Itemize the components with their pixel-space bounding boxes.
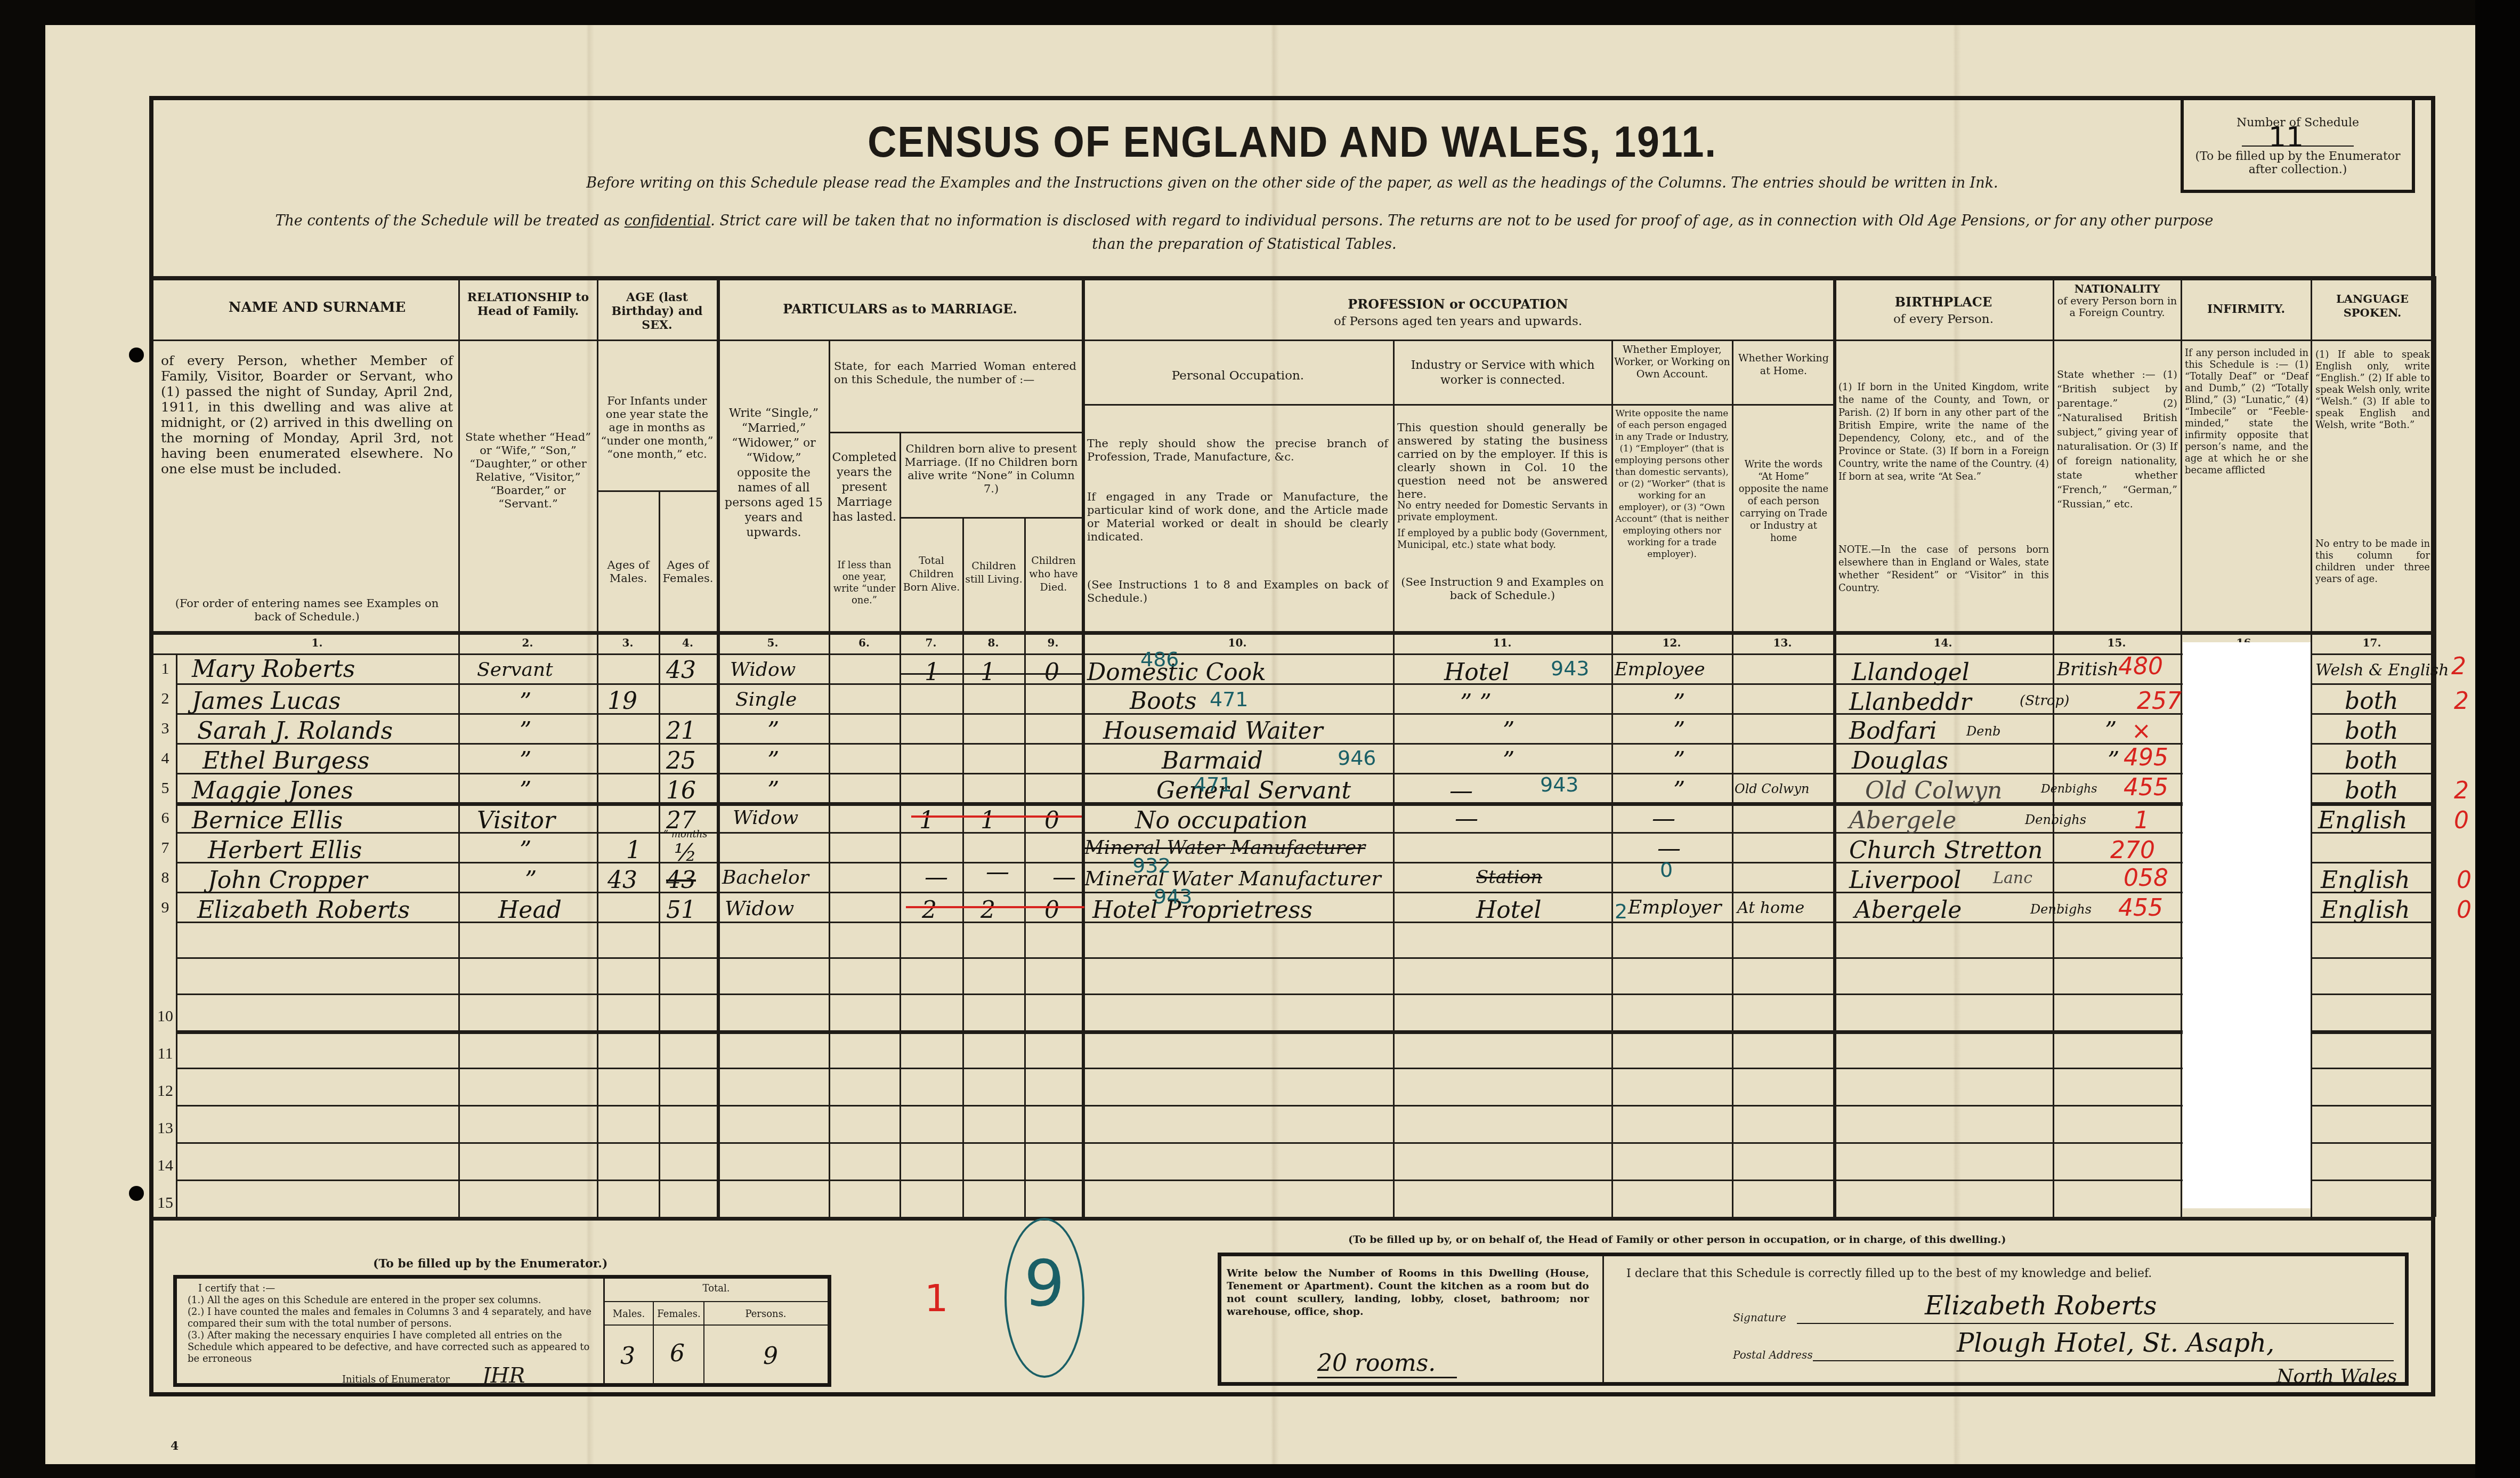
note-industry: (See Instruction 9 and Examples on back … xyxy=(1397,576,1608,602)
rooms-instruction: Write below the Number of Rooms in this … xyxy=(1227,1267,1589,1318)
cell-age-f: ½ xyxy=(674,839,697,867)
instructions-marriage: Write “Single,” “Married,” “Widower,” or… xyxy=(720,406,827,540)
cell-age-f: 21 xyxy=(666,717,696,745)
cell-name: Sarah J. Rolands xyxy=(197,717,393,745)
cell-ind-code: 943 xyxy=(1551,657,1590,680)
cell-occupation: No occupation xyxy=(1135,807,1308,834)
signature-field[interactable] xyxy=(1797,1322,2394,1324)
note-language: No entry to be made in this column for c… xyxy=(2315,538,2430,585)
postal-address-value-2: North Wales xyxy=(2276,1366,2397,1387)
cell-name: John Cropper xyxy=(208,867,367,894)
cell-living: — xyxy=(986,858,1009,885)
total-label: Total. xyxy=(605,1283,828,1294)
instructions-relationship: State whether “Head” or “Wife,” “Son,” “… xyxy=(465,431,591,511)
redacted-infirmity-column xyxy=(2183,642,2311,1208)
cell-living: 1 xyxy=(981,659,995,686)
cell-birthplace: Douglas xyxy=(1852,747,1948,774)
cell-marriage: Bachelor xyxy=(722,867,809,889)
cell-relationship: ” xyxy=(520,717,532,745)
instructions-personal-occupation-2: If engaged in any Trade or Manufacture, … xyxy=(1087,490,1388,544)
cell-occupation: Housemaid Waiter xyxy=(1103,717,1323,745)
instructions-years-married: Completed years the present Marriage has… xyxy=(830,450,898,525)
cell-age-m: 19 xyxy=(607,688,637,715)
cell-occ-code: 943 xyxy=(1154,885,1193,908)
cell-age-f-struck: 43 xyxy=(666,867,696,894)
cell-employer: ” xyxy=(1673,690,1686,717)
title-block: CENSUS OF ENGLAND AND WALES, 1911. Befor… xyxy=(153,100,2431,280)
cell-occ-code: 471 xyxy=(1210,688,1249,711)
header-birthplace: BIRTHPLACE xyxy=(1835,294,2052,310)
cell-industry: ” ” xyxy=(1460,690,1492,717)
instructions-birthplace: (1) If born in the United Kingdom, write… xyxy=(1838,381,2049,483)
cell-employer: — xyxy=(1652,805,1675,832)
cell-lang-code: 0 xyxy=(2457,867,2472,894)
subheader-age-males: Ages of Males. xyxy=(599,559,658,585)
instructions-language: (1) If able to speak English only, write… xyxy=(2315,349,2430,431)
cell-age-f: 25 xyxy=(666,747,696,774)
cell-age-note: ” months xyxy=(663,829,708,840)
cell-industry: ” xyxy=(1503,747,1515,774)
certify-item-1: (1.) All the ages on this Schedule are e… xyxy=(188,1295,598,1306)
cell-relationship: ” xyxy=(520,837,532,864)
header-birthplace-sub: of every Person. xyxy=(1835,311,2052,327)
instructions-nationality: State whether :— (1) “British subject by… xyxy=(2057,368,2177,512)
note-personal-occupation: (See Instructions 1 to 8 and Examples on… xyxy=(1087,578,1388,605)
cell-relationship: Servant xyxy=(477,659,553,681)
cell-marriage: Widow xyxy=(725,897,794,920)
cell-birthplace: Abergele xyxy=(1854,897,1962,924)
subheader-children-living: Children still Living. xyxy=(965,560,1023,586)
cell-at-home: Old Colwyn xyxy=(1735,781,1809,796)
cell-born: 2 xyxy=(922,897,937,924)
circled-number: 9 xyxy=(1007,1247,1082,1321)
page-number: 4 xyxy=(171,1439,179,1453)
cell-language: English xyxy=(2318,807,2408,834)
females-total[interactable]: 6 xyxy=(670,1340,685,1367)
cell-birthplace: Old Colwyn xyxy=(1865,777,2002,804)
subheader-age-females: Ages of Females. xyxy=(660,559,716,585)
cell-ind-code: 943 xyxy=(1540,773,1579,796)
cell-relationship: ” xyxy=(525,867,537,894)
cell-lang-code: 0 xyxy=(2454,807,2469,834)
schedule-number-box: Number of Schedule 11 (To be filled up b… xyxy=(2181,97,2415,193)
confidential-text-line2: than the preparation of Statistical Tabl… xyxy=(1092,236,1396,253)
cell-occupation: Boots xyxy=(1130,688,1197,715)
cell-occupation: General Servant xyxy=(1156,777,1351,804)
header-nationality-sub: of every Person born in a Foreign Countr… xyxy=(2055,295,2179,319)
cell-died: 0 xyxy=(1044,897,1059,924)
instructions-industry: This question should generally be answer… xyxy=(1397,421,1608,501)
cell-emp-code: 0 xyxy=(1660,858,1673,882)
cell-age-f: 16 xyxy=(666,777,696,804)
header-name: NAME AND SURNAME xyxy=(176,300,458,316)
cell-name: Elizabeth Roberts xyxy=(197,897,410,924)
cell-industry: Hotel xyxy=(1444,659,1510,686)
initials-label: Initials of Enumerator xyxy=(342,1374,450,1385)
subheader-children-died: Children who have Died. xyxy=(1026,554,1081,594)
red-tally-mark: 1 xyxy=(925,1277,949,1320)
cell-nat-code: 058 xyxy=(2124,865,2168,892)
footnote-name: (For order of entering names see Example… xyxy=(161,597,453,624)
schedule-number-field[interactable]: 11 xyxy=(2242,130,2354,147)
cell-name: Mary Roberts xyxy=(192,656,355,683)
instructions-married-woman: State, for each Married Woman entered on… xyxy=(834,360,1076,386)
schedule-note-2: after collection.) xyxy=(2249,163,2347,176)
cell-birthplace-note: Denbighs xyxy=(2041,782,2097,796)
subheader-at-home: Whether Working at Home. xyxy=(1735,352,1832,377)
cell-birthplace: Bodfari xyxy=(1849,717,1937,745)
instructions-name: of every Person, whether Member of Famil… xyxy=(161,353,453,476)
postal-address-value: Plough Hotel, St. Asaph, xyxy=(1957,1328,2274,1358)
head-of-family-declaration: Write below the Number of Rooms in this … xyxy=(1218,1253,2409,1386)
cell-marriage: Widow xyxy=(730,659,796,681)
cell-name: Herbert Ellis xyxy=(208,837,362,864)
cell-born: — xyxy=(925,863,948,891)
signature-label: Signature xyxy=(1733,1311,1786,1324)
cell-birthplace-note: (Strop) xyxy=(2020,693,2069,709)
instructions-age: For Infants under one year state the age… xyxy=(600,394,714,461)
header-language: LANGUAGE SPOKEN. xyxy=(2313,292,2432,320)
subheader-employer: Whether Employer, Worker, or Working on … xyxy=(1614,344,1731,381)
declaration-text: I declare that this Schedule is correctl… xyxy=(1626,1267,2152,1280)
cell-birthplace: Liverpool xyxy=(1849,867,1961,894)
cell-marriage: ” xyxy=(767,717,780,745)
punch-hole-top xyxy=(129,348,144,362)
instructions-industry-2: No entry needed for Domestic Servants in… xyxy=(1397,500,1608,523)
cell-nat-code: 257 xyxy=(2137,688,2182,715)
cell-occ-code: 471 xyxy=(1194,773,1233,796)
cell-language: both xyxy=(2345,688,2399,715)
certify-item-3: (3.) After making the necessary enquirie… xyxy=(188,1330,598,1365)
column-number-rule xyxy=(153,631,2433,635)
instructions-personal-occupation: The reply should show the precise branch… xyxy=(1087,437,1388,464)
cell-nat-code: 455 xyxy=(2124,774,2168,801)
cell-language: Welsh & English xyxy=(2315,661,2449,680)
cell-employer: Employee xyxy=(1615,659,1705,680)
cell-name: Maggie Jones xyxy=(192,777,353,804)
cell-nat-code: 1 xyxy=(2134,807,2149,834)
males-total[interactable]: 3 xyxy=(620,1343,635,1370)
cell-birthplace: Llandogel xyxy=(1852,659,1970,686)
cell-age-m: 43 xyxy=(607,867,637,894)
cell-marriage: ” xyxy=(767,777,780,804)
instructions-industry-3: If employed by a public body (Government… xyxy=(1397,528,1608,551)
cell-name: Bernice Ellis xyxy=(192,807,343,834)
postal-address-field[interactable] xyxy=(1813,1359,2394,1361)
form-title: CENSUS OF ENGLAND AND WALES, 1911. xyxy=(245,117,2340,167)
instructions-children: Children born alive to present Marriage.… xyxy=(903,442,1079,496)
cell-occupation-struck: Mineral Water Manufacturer xyxy=(1084,837,1365,859)
cell-lang-code: 2 xyxy=(2454,777,2469,804)
cell-industry: — xyxy=(1449,777,1473,804)
note-birthplace: NOTE.—In the case of persons born elsewh… xyxy=(1838,544,2049,595)
enumerator-certificate: I certify that :— (1.) All the ages on t… xyxy=(173,1275,831,1387)
cell-birthplace: Abergele xyxy=(1849,807,1956,834)
header-top-rule xyxy=(153,276,2433,280)
confidential-notice: The contents of the Schedule will be tre… xyxy=(164,209,2324,256)
cell-language: both xyxy=(2345,777,2399,804)
subheader-children-born: Total Children Born Alive. xyxy=(902,554,961,594)
cell-occupation: Barmaid xyxy=(1162,747,1263,774)
cell-birthplace: Llanbeddr xyxy=(1849,689,1971,716)
cell-employer: ” xyxy=(1673,717,1686,745)
cell-died: — xyxy=(1052,863,1076,891)
cell-marriage: ” xyxy=(767,747,780,774)
persons-total[interactable]: 9 xyxy=(763,1343,778,1370)
head-of-family-caption: (To be filled up by, or on behalf of, th… xyxy=(1348,1234,2006,1246)
cell-language: both xyxy=(2345,747,2399,774)
red-strike-row1 xyxy=(901,673,1082,675)
header-occupation: PROFESSION or OCCUPATION xyxy=(1084,296,1832,312)
cell-nat-code: 455 xyxy=(2118,894,2163,922)
subheader-industry: Industry or Service with which worker is… xyxy=(1396,358,1609,388)
confidential-text-post: . Strict care will be taken that no info… xyxy=(710,213,2213,229)
signature-value: Elizabeth Roberts xyxy=(1925,1291,2157,1321)
cell-lang-code: 0 xyxy=(2457,897,2472,924)
initials-field[interactable]: JHR xyxy=(453,1368,554,1384)
cell-relationship: Visitor xyxy=(477,807,555,834)
cell-born: 1 xyxy=(925,659,939,686)
subheader-personal-occupation: Personal Occupation. xyxy=(1084,368,1392,384)
cell-employer: Employer xyxy=(1628,897,1722,918)
cell-industry: ” xyxy=(1503,717,1515,745)
cell-birthplace: Church Stretton xyxy=(1849,837,2043,864)
instruction-line: Before writing on this Schedule please r… xyxy=(153,175,2431,191)
cell-occ-code: 946 xyxy=(1338,746,1376,770)
cell-died: 0 xyxy=(1044,807,1059,834)
cell-occ-code: 486 xyxy=(1140,648,1179,671)
cell-language: both xyxy=(2345,717,2399,745)
cell-occupation: Hotel Proprietress xyxy=(1092,897,1312,924)
cell-living: 1 xyxy=(981,807,995,834)
cell-nat-code: × xyxy=(2132,717,2151,745)
cell-at-home: At home xyxy=(1737,899,1804,917)
cell-lang-code: 2 xyxy=(2451,653,2466,680)
confidential-text-pre: The contents of the Schedule will be tre… xyxy=(275,213,624,229)
cell-occupation: Mineral Water Manufacturer xyxy=(1084,867,1381,890)
certify-label: I certify that :— xyxy=(188,1283,598,1295)
header-relationship: RELATIONSHIP to Head of Family. xyxy=(460,290,596,318)
scan-edge xyxy=(2475,0,2520,1478)
cell-nat-code: 480 xyxy=(2118,653,2163,680)
header-marriage: PARTICULARS as to MARRIAGE. xyxy=(719,301,1081,317)
schedule-note-1: (To be filled up by the Enumerator xyxy=(2195,150,2400,163)
cell-industry-struck: Station xyxy=(1476,867,1542,888)
cell-nationality: ” xyxy=(2105,717,2117,745)
instructions-infirmity: If any person included in this Schedule … xyxy=(2185,348,2308,476)
cell-industry: — xyxy=(1455,805,1478,832)
header-age: AGE (last Birthday) and SEX. xyxy=(599,290,715,332)
cell-lang-code: 2 xyxy=(2454,688,2469,715)
red-strike-row6 xyxy=(911,815,1082,818)
cell-age-f: 51 xyxy=(666,897,696,924)
enumerator-caption: (To be filled up by the Enumerator.) xyxy=(373,1257,607,1271)
cell-name: Ethel Burgess xyxy=(202,747,369,774)
column-number-bottom-rule xyxy=(153,653,2433,655)
cell-born: 1 xyxy=(919,807,934,834)
header-occupation-sub: of Persons aged ten years and upwards. xyxy=(1084,313,1832,329)
red-strike-row9 xyxy=(906,906,1084,908)
cell-relationship: Head xyxy=(498,897,562,924)
instructions-employer: Write opposite the name of each person e… xyxy=(1615,408,1729,560)
cell-nationality: British xyxy=(2057,659,2119,680)
cell-birthplace-note: Denb xyxy=(1966,724,2000,739)
instructions-at-home: Write the words “At Home” opposite the n… xyxy=(1736,458,1831,544)
cell-age-m: 1 xyxy=(626,837,641,864)
cell-birthplace-note: Denbighs xyxy=(2025,812,2086,827)
cell-nationality: ” xyxy=(2108,747,2120,774)
cell-language: English xyxy=(2321,867,2410,894)
cell-emp-code: 2 xyxy=(1615,900,1627,923)
females-label: Females. xyxy=(654,1309,703,1320)
punch-hole-bottom xyxy=(129,1186,144,1201)
cell-language: English xyxy=(2321,897,2410,924)
cell-relationship: ” xyxy=(520,747,532,774)
circled-household-count: 9 xyxy=(1004,1218,1084,1378)
header-nationality: NATIONALITY xyxy=(2055,282,2179,295)
cell-occ-code: 932 xyxy=(1132,854,1171,877)
cell-nat-code: 495 xyxy=(2124,744,2168,771)
cell-employer: ” xyxy=(1673,747,1686,774)
header-group-rule xyxy=(153,340,2433,341)
cell-marriage: Single xyxy=(735,689,797,710)
persons-label: Persons. xyxy=(704,1309,827,1320)
cell-living: 2 xyxy=(981,897,995,924)
males-label: Males. xyxy=(605,1309,653,1320)
cell-marriage: Widow xyxy=(733,807,798,829)
cell-relationship: ” xyxy=(520,689,532,716)
cell-age-f: 43 xyxy=(666,657,696,684)
confidential-word: confidential xyxy=(625,213,711,229)
rooms-value[interactable]: 20 rooms. xyxy=(1317,1350,1457,1378)
note-years-married: If less than one year, write “under one.… xyxy=(830,560,898,607)
cell-died: 0 xyxy=(1044,659,1059,686)
cell-relationship: ” xyxy=(520,777,532,804)
cell-industry: Hotel xyxy=(1476,897,1542,924)
cell-name: James Lucas xyxy=(192,688,341,715)
certify-item-2: (2.) I have counted the males and female… xyxy=(188,1306,598,1330)
cell-birthplace-note: Lanc xyxy=(1993,869,2032,887)
header-infirmity: INFIRMITY. xyxy=(2183,301,2310,317)
cell-employer: ” xyxy=(1673,777,1686,804)
postal-address-label: Postal Address xyxy=(1733,1348,1813,1361)
cell-birthplace-note: Denbighs xyxy=(2030,902,2092,917)
cell-nat-code: 270 xyxy=(2110,837,2155,864)
